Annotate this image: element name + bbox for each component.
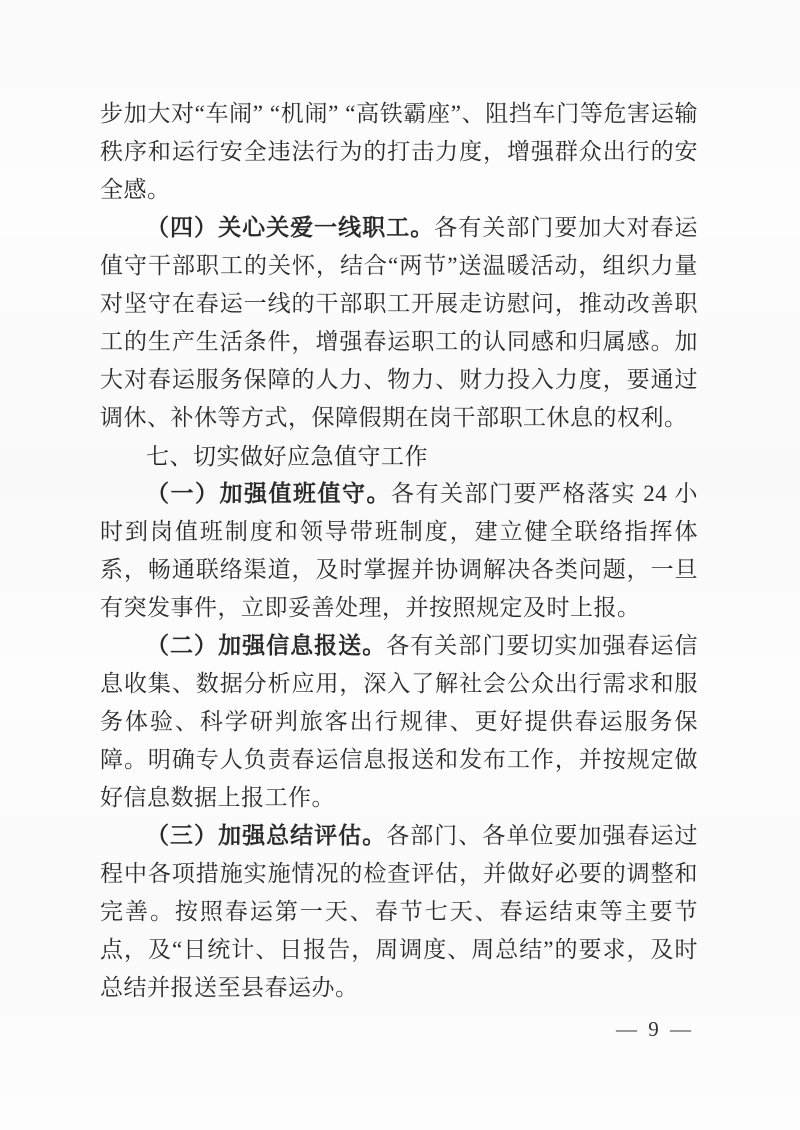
paragraph-lead: （三）加强总结评估。 — [146, 823, 386, 848]
paragraph-item-3: （三）加强总结评估。各部门、各单位要加强春运过程中各项措施实施情况的检查评估，并… — [100, 817, 698, 1007]
paragraph-text: 各有关部门要加大对春运值守干部职工的关怀，结合“两节”送温暖活动，组织力量对坚守… — [100, 215, 698, 430]
paragraph-lead: （四）关心关爱一线职工。 — [146, 215, 434, 240]
document-content: 步加大对“车闹” “机闹” “高铁霸座”、阻挡车门等危害运输秩序和运行安全违法行… — [100, 95, 698, 1007]
paragraph-text: 各部门、各单位要加强春运过程中各项措施实施情况的检查评估，并做好必要的调整和完善… — [100, 823, 698, 1000]
section-heading-text: 七、切实做好应急值守工作 — [146, 443, 428, 469]
paragraph-lead: （二）加强信息报送。 — [146, 633, 386, 658]
paragraph-item-1: （一）加强值班值守。各有关部门要严格落实 24 小时到岗值班制度和领导带班制度，… — [100, 475, 698, 627]
paragraph-lead: （一）加强值班值守。 — [146, 481, 391, 506]
paragraph-text: 各有关部门要切实加强春运信息收集、数据分析应用，深入了解社会公众出行需求和服务体… — [100, 633, 698, 810]
paragraph-item-4: （四）关心关爱一线职工。各有关部门要加大对春运值守干部职工的关怀，结合“两节”送… — [100, 209, 698, 437]
paragraph-text: 步加大对“车闹” “机闹” “高铁霸座”、阻挡车门等危害运输秩序和运行安全违法行… — [100, 101, 698, 202]
document-page: 步加大对“车闹” “机闹” “高铁霸座”、阻挡车门等危害运输秩序和运行安全违法行… — [0, 0, 800, 1130]
paragraph-item-2: （二）加强信息报送。各有关部门要切实加强春运信息收集、数据分析应用，深入了解社会… — [100, 627, 698, 817]
section-heading-7: 七、切实做好应急值守工作 — [100, 437, 698, 475]
paragraph-continuation: 步加大对“车闹” “机闹” “高铁霸座”、阻挡车门等危害运输秩序和运行安全违法行… — [100, 95, 698, 209]
page-number: — 9 — — [616, 1016, 694, 1042]
